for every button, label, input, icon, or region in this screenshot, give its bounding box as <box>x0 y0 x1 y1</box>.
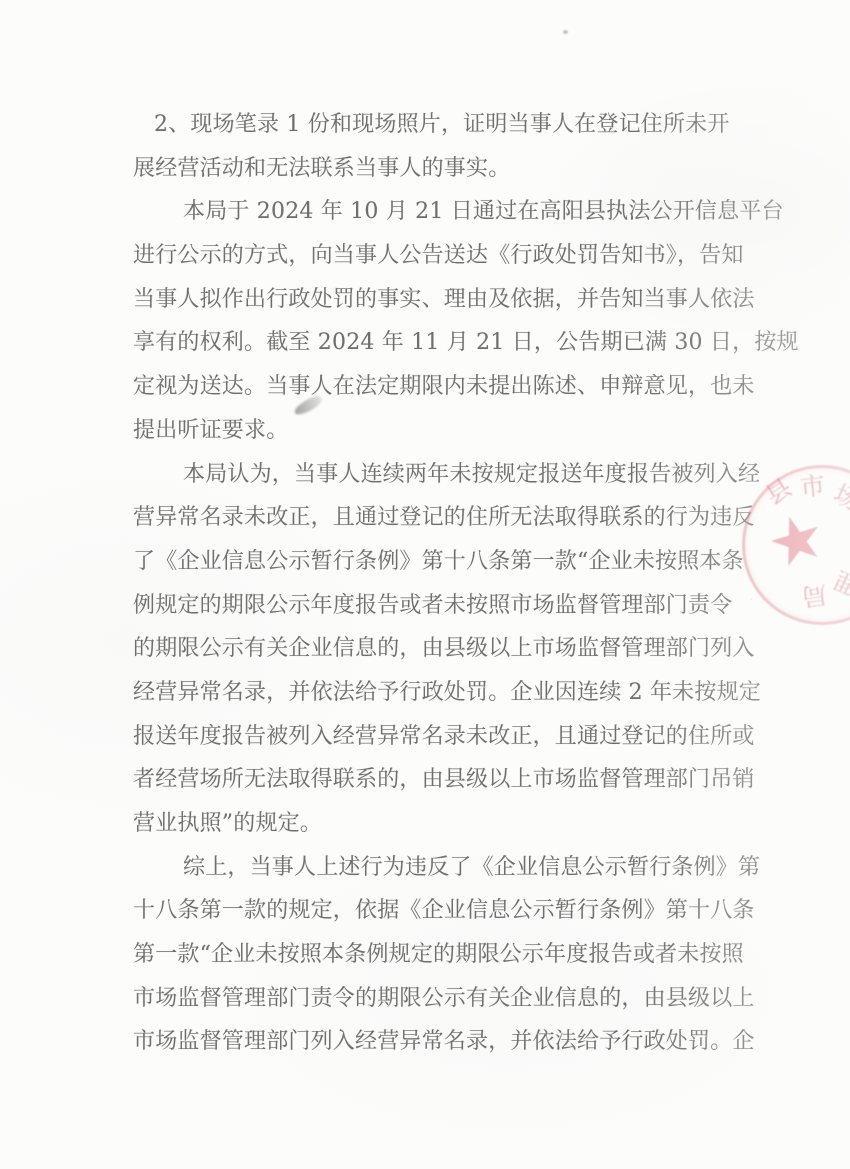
text-line: 提出听证要求。 <box>133 409 773 453</box>
seal-char-bottom: 局 <box>800 581 828 609</box>
text-line: 例规定的期限公示年度报告或者未按照市场监督管理部门责令 <box>133 584 773 628</box>
text-line: 者经营场所无法取得联系的，由县级以上市场监督管理部门吊销 <box>133 758 773 802</box>
text-line: 2、现场笔录 1 份和现场照片，证明当事人在登记住所未开 <box>133 103 773 147</box>
text-line: 展经营活动和无法联系当事人的事实。 <box>133 147 773 191</box>
text-line: 享有的权利。截至 2024 年 11 月 21 日，公告期已满 30 日，按规 <box>133 321 773 365</box>
text-line: 十八条第一款的规定，依据《企业信息公示暂行条例》第十八条 <box>133 889 773 933</box>
text-line: 营异常名录未改正，且通过登记的住所无法取得联系的行为违反 <box>133 496 773 540</box>
text-line: 经营异常名录，并依法给予行政处罚。企业因连续 2 年未按规定 <box>133 671 773 715</box>
seal-ink-specks: . . <box>750 593 768 603</box>
text-line: 第一款“企业未按照本条例规定的期限公示年度报告或者未按照 <box>133 933 773 977</box>
text-line: 市场监督管理部门列入经营异常名录，并依法给予行政处罚。企 <box>133 1020 773 1064</box>
text-line: 本局于 2024 年 10 月 21 日通过在高阳县执法公开信息平台 <box>133 190 773 234</box>
text-line: 市场监督管理部门责令的期限公示有关企业信息的，由县级以上 <box>133 977 773 1021</box>
text-line: 本局认为，当事人连续两年未按规定报送年度报告被列入经 <box>133 453 773 497</box>
text-line: 了《企业信息公示暂行条例》第十八条第一款“企业未按照本条 <box>133 540 773 584</box>
text-line: 的期限公示有关企业信息的，由县级以上市场监督管理部门列入 <box>133 627 773 671</box>
text-line: 当事人拟作出行政处罚的事实、理由及依据，并告知当事人依法 <box>133 278 773 322</box>
text-line: 进行公示的方式，向当事人公告送达《行政处罚告知书》，告知 <box>133 234 773 278</box>
scan-dot-artifact <box>563 30 568 34</box>
text-line: 营业执照”的规定。 <box>133 802 773 846</box>
text-line: 报送年度报告被列入经营异常名录未改正，且通过登记的住所或 <box>133 715 773 759</box>
text-line: 定视为送达。当事人在法定期限内未提出陈述、申辩意见，也未 <box>133 365 773 409</box>
official-seal-stamp: ★ 县 市 场 局 理 . . <box>742 465 850 625</box>
text-line: 综上，当事人上述行为违反了《企业信息公示暂行条例》第 <box>133 846 773 890</box>
seal-char-top: 市 <box>799 473 826 500</box>
document-page: 2、现场笔录 1 份和现场照片，证明当事人在登记住所未开 展经营活动和无法联系当… <box>0 0 850 1169</box>
document-body-text: 2、现场笔录 1 份和现场照片，证明当事人在登记住所未开 展经营活动和无法联系当… <box>133 103 773 1064</box>
